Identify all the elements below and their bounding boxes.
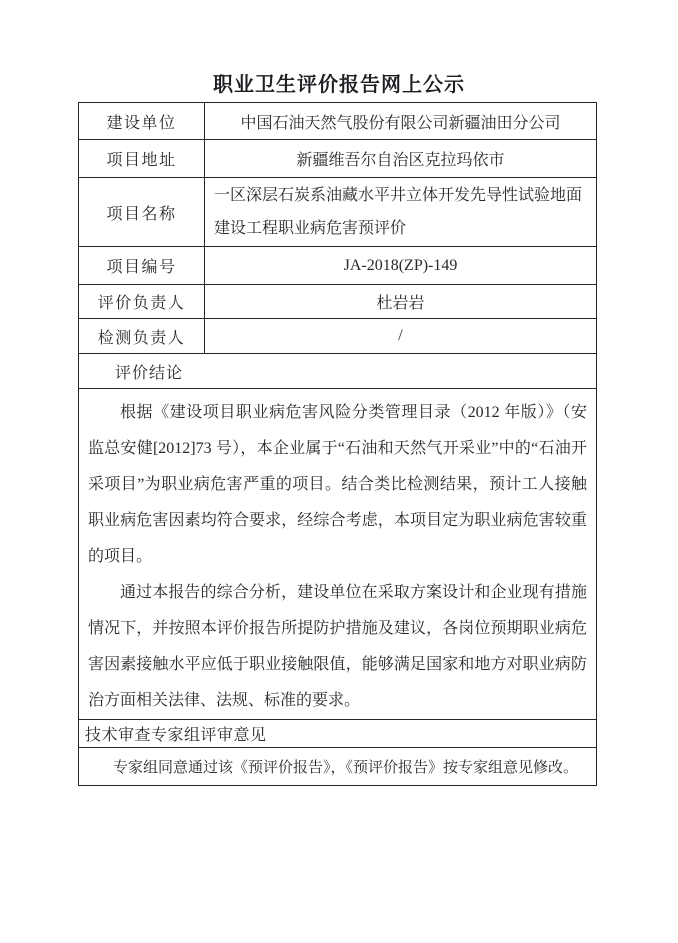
field-value-project-number: JA-2018(ZP)-149 xyxy=(205,247,596,284)
conclusion-content: 根据《建设项目职业病危害风险分类管理目录（2012 年版）》（安监总安健[201… xyxy=(79,389,596,719)
table-row-project-name: 项目名称 一区深层石炭系油藏水平井立体开发先导性试验地面建设工程职业病危害预评价 xyxy=(79,177,596,246)
conclusion-header-label: 评价结论 xyxy=(79,354,596,388)
field-label-project-address: 项目地址 xyxy=(79,140,205,177)
expert-opinion-text: 专家组同意通过该《预评价报告》，《预评价报告》按专家组意见修改。 xyxy=(79,756,596,777)
field-label-project-name: 项目名称 xyxy=(79,178,205,246)
field-value-testing-leader: / xyxy=(205,319,596,353)
table-row-project-number: 项目编号 JA-2018(ZP)-149 xyxy=(79,246,596,284)
table-row-construction-unit: 建设单位 中国石油天然气股份有限公司新疆油田分公司 xyxy=(79,103,596,139)
expert-header-label: 技术审查专家组评审意见 xyxy=(79,720,596,747)
field-value-project-address: 新疆维吾尔自治区克拉玛依市 xyxy=(205,140,596,177)
table-row-conclusion-content: 根据《建设项目职业病危害风险分类管理目录（2012 年版）》（安监总安健[201… xyxy=(79,388,596,719)
field-value-evaluation-leader: 杜岩岩 xyxy=(205,285,596,318)
publicity-table: 建设单位 中国石油天然气股份有限公司新疆油田分公司 项目地址 新疆维吾尔自治区克… xyxy=(78,102,597,786)
expert-opinion-cell: 专家组同意通过该《预评价报告》，《预评价报告》按专家组意见修改。 xyxy=(79,748,596,785)
table-row-testing-leader: 检测负责人 / xyxy=(79,318,596,353)
field-label-project-number: 项目编号 xyxy=(79,247,205,284)
field-value-project-name: 一区深层石炭系油藏水平井立体开发先导性试验地面建设工程职业病危害预评价 xyxy=(205,178,596,246)
field-value-construction-unit: 中国石油天然气股份有限公司新疆油田分公司 xyxy=(205,103,596,139)
table-row-project-address: 项目地址 新疆维吾尔自治区克拉玛依市 xyxy=(79,139,596,177)
table-row-expert-header: 技术审查专家组评审意见 xyxy=(79,719,596,747)
field-label-testing-leader: 检测负责人 xyxy=(79,319,205,353)
field-label-construction-unit: 建设单位 xyxy=(79,103,205,139)
conclusion-paragraph-2: 通过本报告的综合分析，建设单位在采取方案设计和企业现有措施情况下，并按照本评价报… xyxy=(88,575,587,719)
conclusion-paragraph-1: 根据《建设项目职业病危害风险分类管理目录（2012 年版）》（安监总安健[201… xyxy=(88,395,587,575)
field-label-evaluation-leader: 评价负责人 xyxy=(79,285,205,318)
page-title: 职业卫生评价报告网上公示 xyxy=(0,0,678,98)
document-page: 职业卫生评价报告网上公示 建设单位 中国石油天然气股份有限公司新疆油田分公司 项… xyxy=(0,0,678,943)
table-row-evaluation-leader: 评价负责人 杜岩岩 xyxy=(79,284,596,318)
table-row-expert-opinion: 专家组同意通过该《预评价报告》，《预评价报告》按专家组意见修改。 xyxy=(79,747,596,785)
table-row-conclusion-header: 评价结论 xyxy=(79,353,596,388)
